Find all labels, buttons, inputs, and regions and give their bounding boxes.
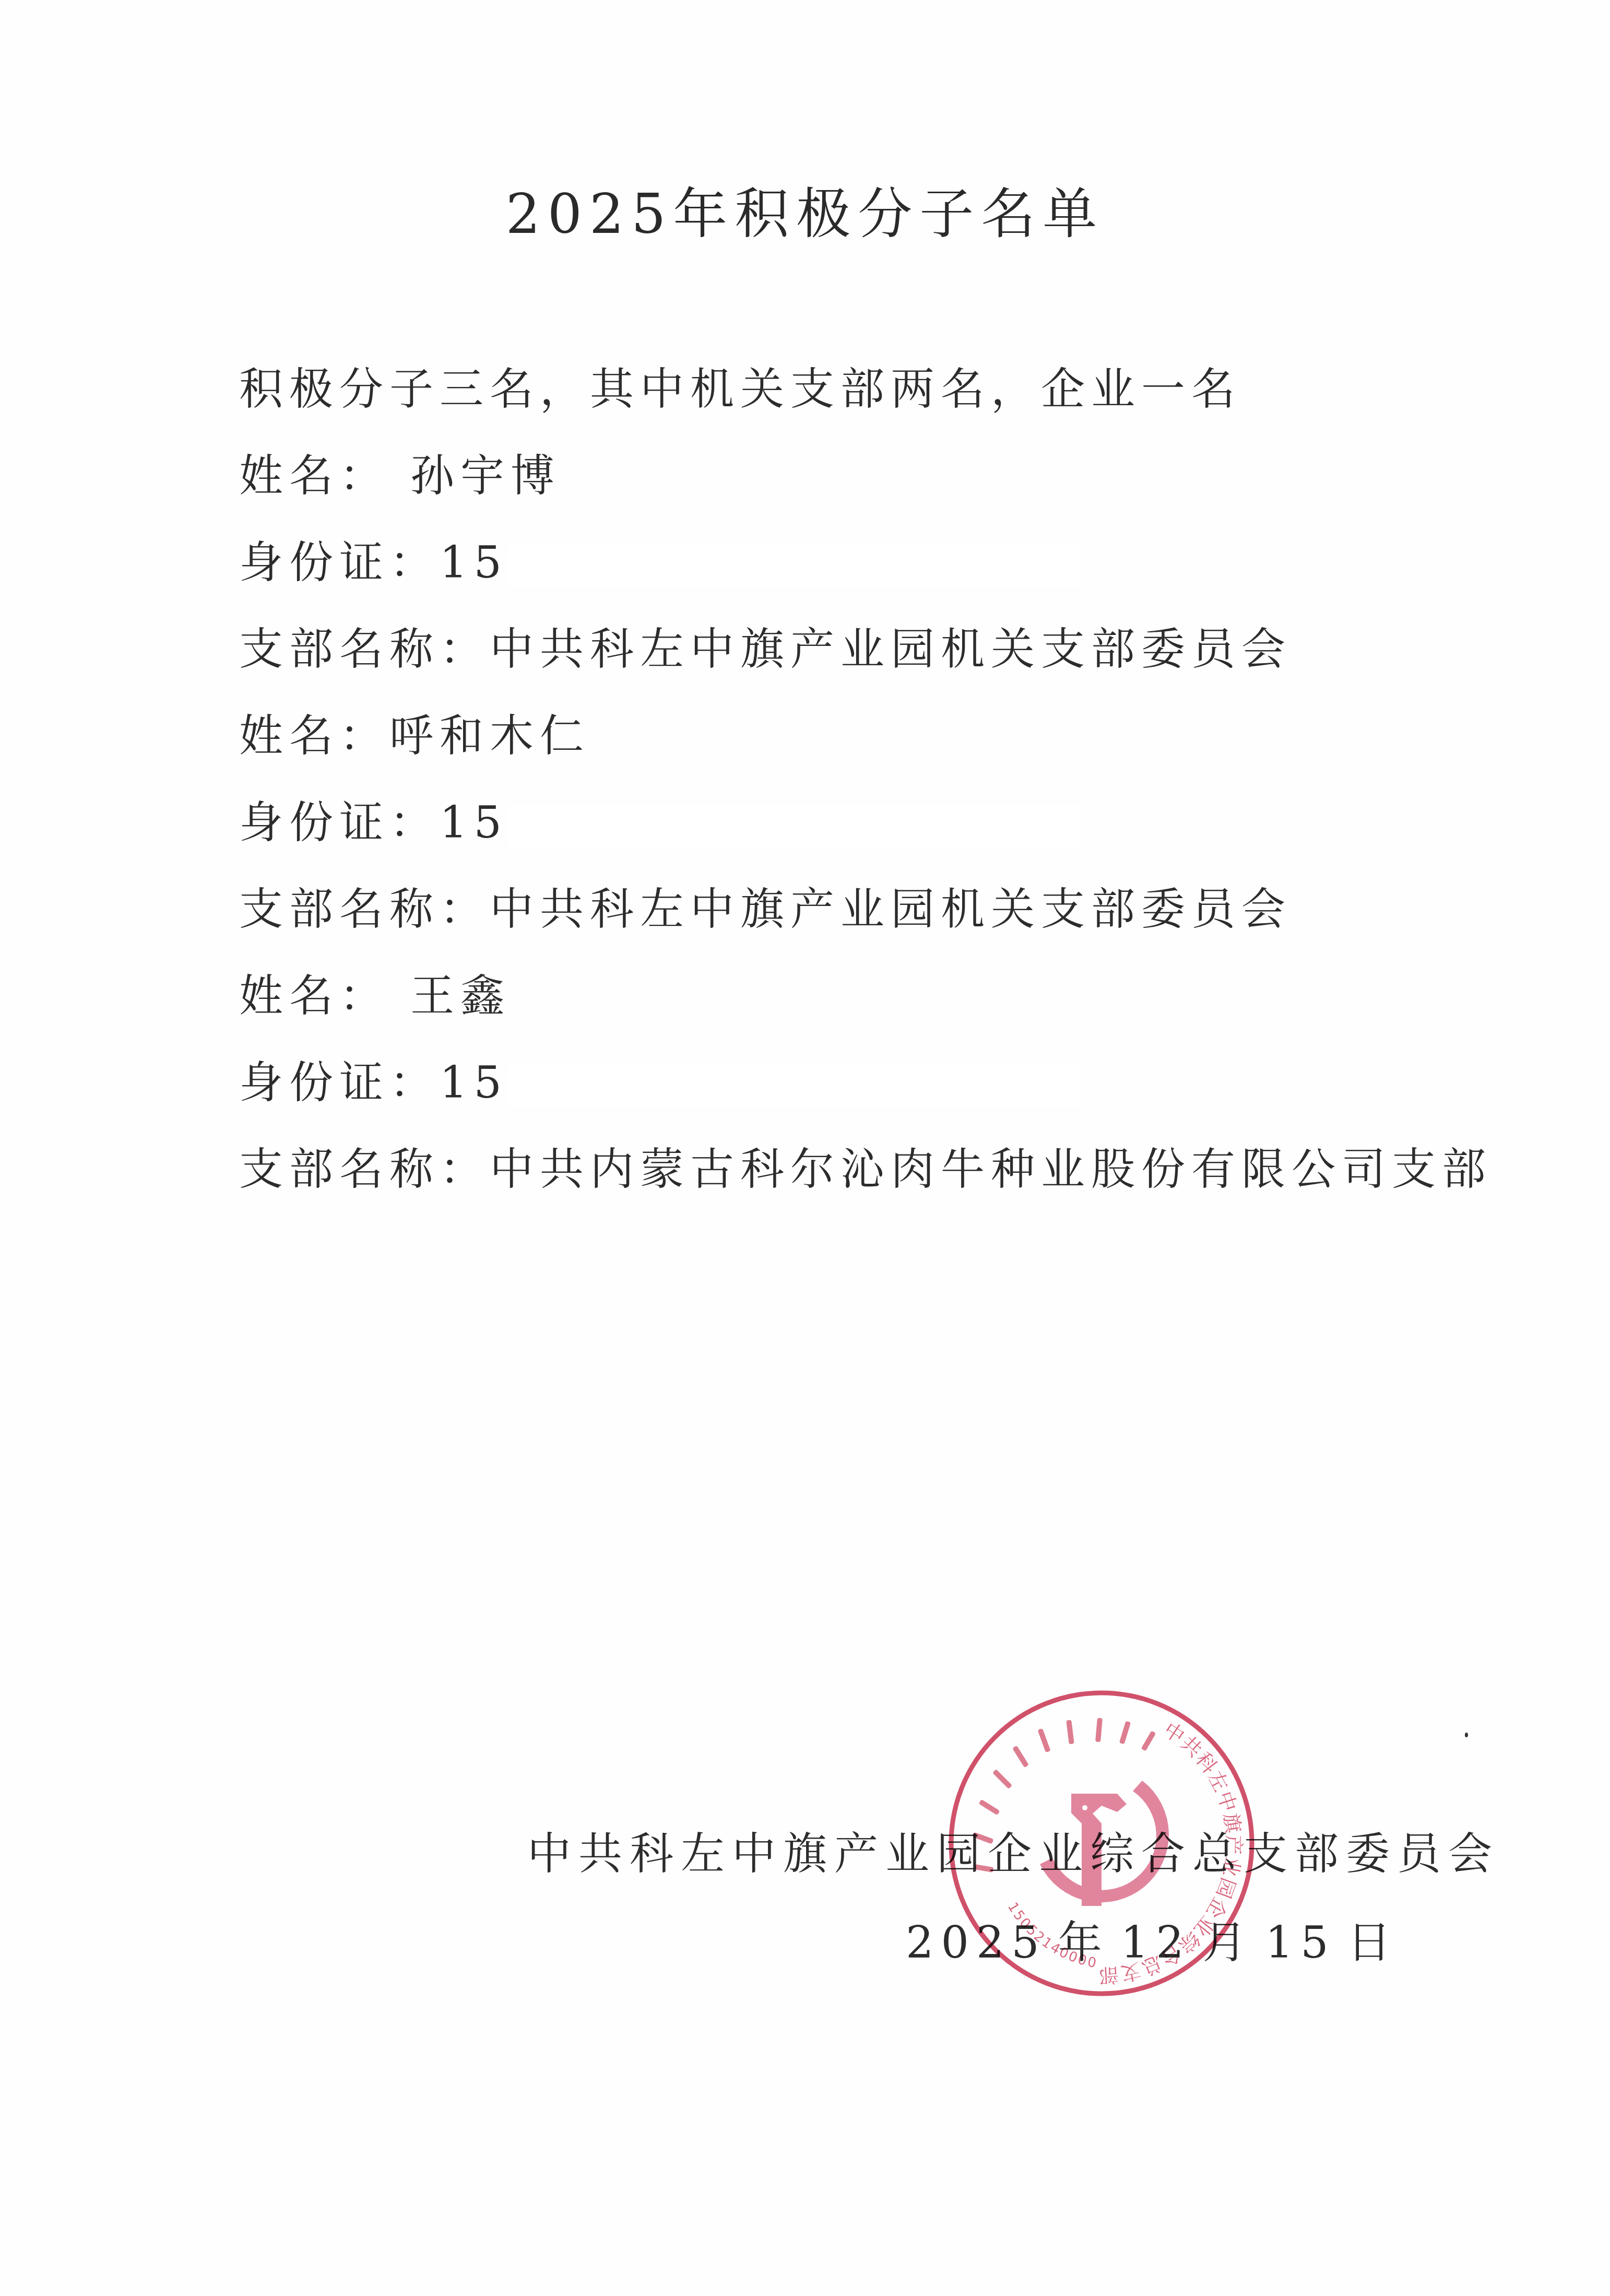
official-seal-icon: 中共科左中旗产业园企业综合总支部委员会 1505214000010624: [945, 1687, 1258, 2000]
entry-2-name: 呼和木仁: [389, 710, 590, 761]
entry-2-id-line: 身份证：15: [239, 794, 1440, 880]
date-day-unit: 日: [1347, 1917, 1399, 1968]
entry-3-id-line: 身份证：15: [239, 1054, 1440, 1140]
redaction-block: [508, 805, 1082, 847]
name-label: 姓名：: [239, 450, 389, 501]
id-label: 身份证：: [239, 537, 440, 588]
scan-speck: [1465, 1733, 1468, 1737]
entry-3-branch: 中共内蒙古科尔沁肉牛种业股份有限公司支部: [490, 1144, 1492, 1195]
branch-label: 支部名称：: [239, 1144, 490, 1195]
seal-number: 1505214000010624: [945, 1687, 1099, 1972]
entry-2-name-line: 姓名：呼和木仁: [239, 707, 1440, 794]
entry-3-name-line: 姓名：王鑫: [239, 967, 1440, 1054]
entry-3-name: 王鑫: [410, 970, 511, 1021]
summary-line: 积极分子三名，其中机关支部两名，企业一名: [239, 360, 1440, 447]
entry-1-name: 孙宇博: [410, 450, 561, 501]
entry-2-branch-line: 支部名称：中共科左中旗产业园机关支部委员会: [239, 880, 1440, 967]
redaction-block: [508, 1065, 1082, 1107]
document-body: 积极分子三名，其中机关支部两名，企业一名 姓名：孙宇博 身份证：15 支部名称：…: [239, 360, 1440, 1227]
entry-1-branch: 中共科左中旗产业园机关支部委员会: [490, 623, 1292, 675]
name-label: 姓名：: [239, 970, 389, 1021]
entry-1-id-line: 身份证：15: [239, 534, 1440, 620]
entry-1-branch-line: 支部名称：中共科左中旗产业园机关支部委员会: [239, 620, 1440, 707]
svg-text:1505214000010624: 1505214000010624: [945, 1687, 1099, 1972]
date-day: 15: [1265, 1917, 1336, 1968]
document-page: 2025年积极分子名单 积极分子三名，其中机关支部两名，企业一名 姓名：孙宇博 …: [0, 0, 1610, 2296]
name-label: 姓名：: [239, 710, 389, 761]
id-label: 身份证：: [239, 1057, 440, 1108]
redaction-block: [508, 545, 1082, 587]
document-title: 2025年积极分子名单: [0, 172, 1610, 256]
entry-1-name-line: 姓名：孙宇博: [239, 447, 1440, 534]
entry-3-branch-line: 支部名称：中共内蒙古科尔沁肉牛种业股份有限公司支部: [239, 1140, 1440, 1227]
entry-2-id: 15: [440, 797, 508, 848]
branch-label: 支部名称：: [239, 623, 490, 675]
entry-1-id: 15: [440, 537, 508, 588]
entry-3-id: 15: [440, 1057, 508, 1108]
summary-text: 积极分子三名，其中机关支部两名，企业一名: [239, 363, 1241, 415]
id-label: 身份证：: [239, 797, 440, 848]
entry-2-branch: 中共科左中旗产业园机关支部委员会: [490, 884, 1292, 935]
branch-label: 支部名称：: [239, 884, 490, 935]
